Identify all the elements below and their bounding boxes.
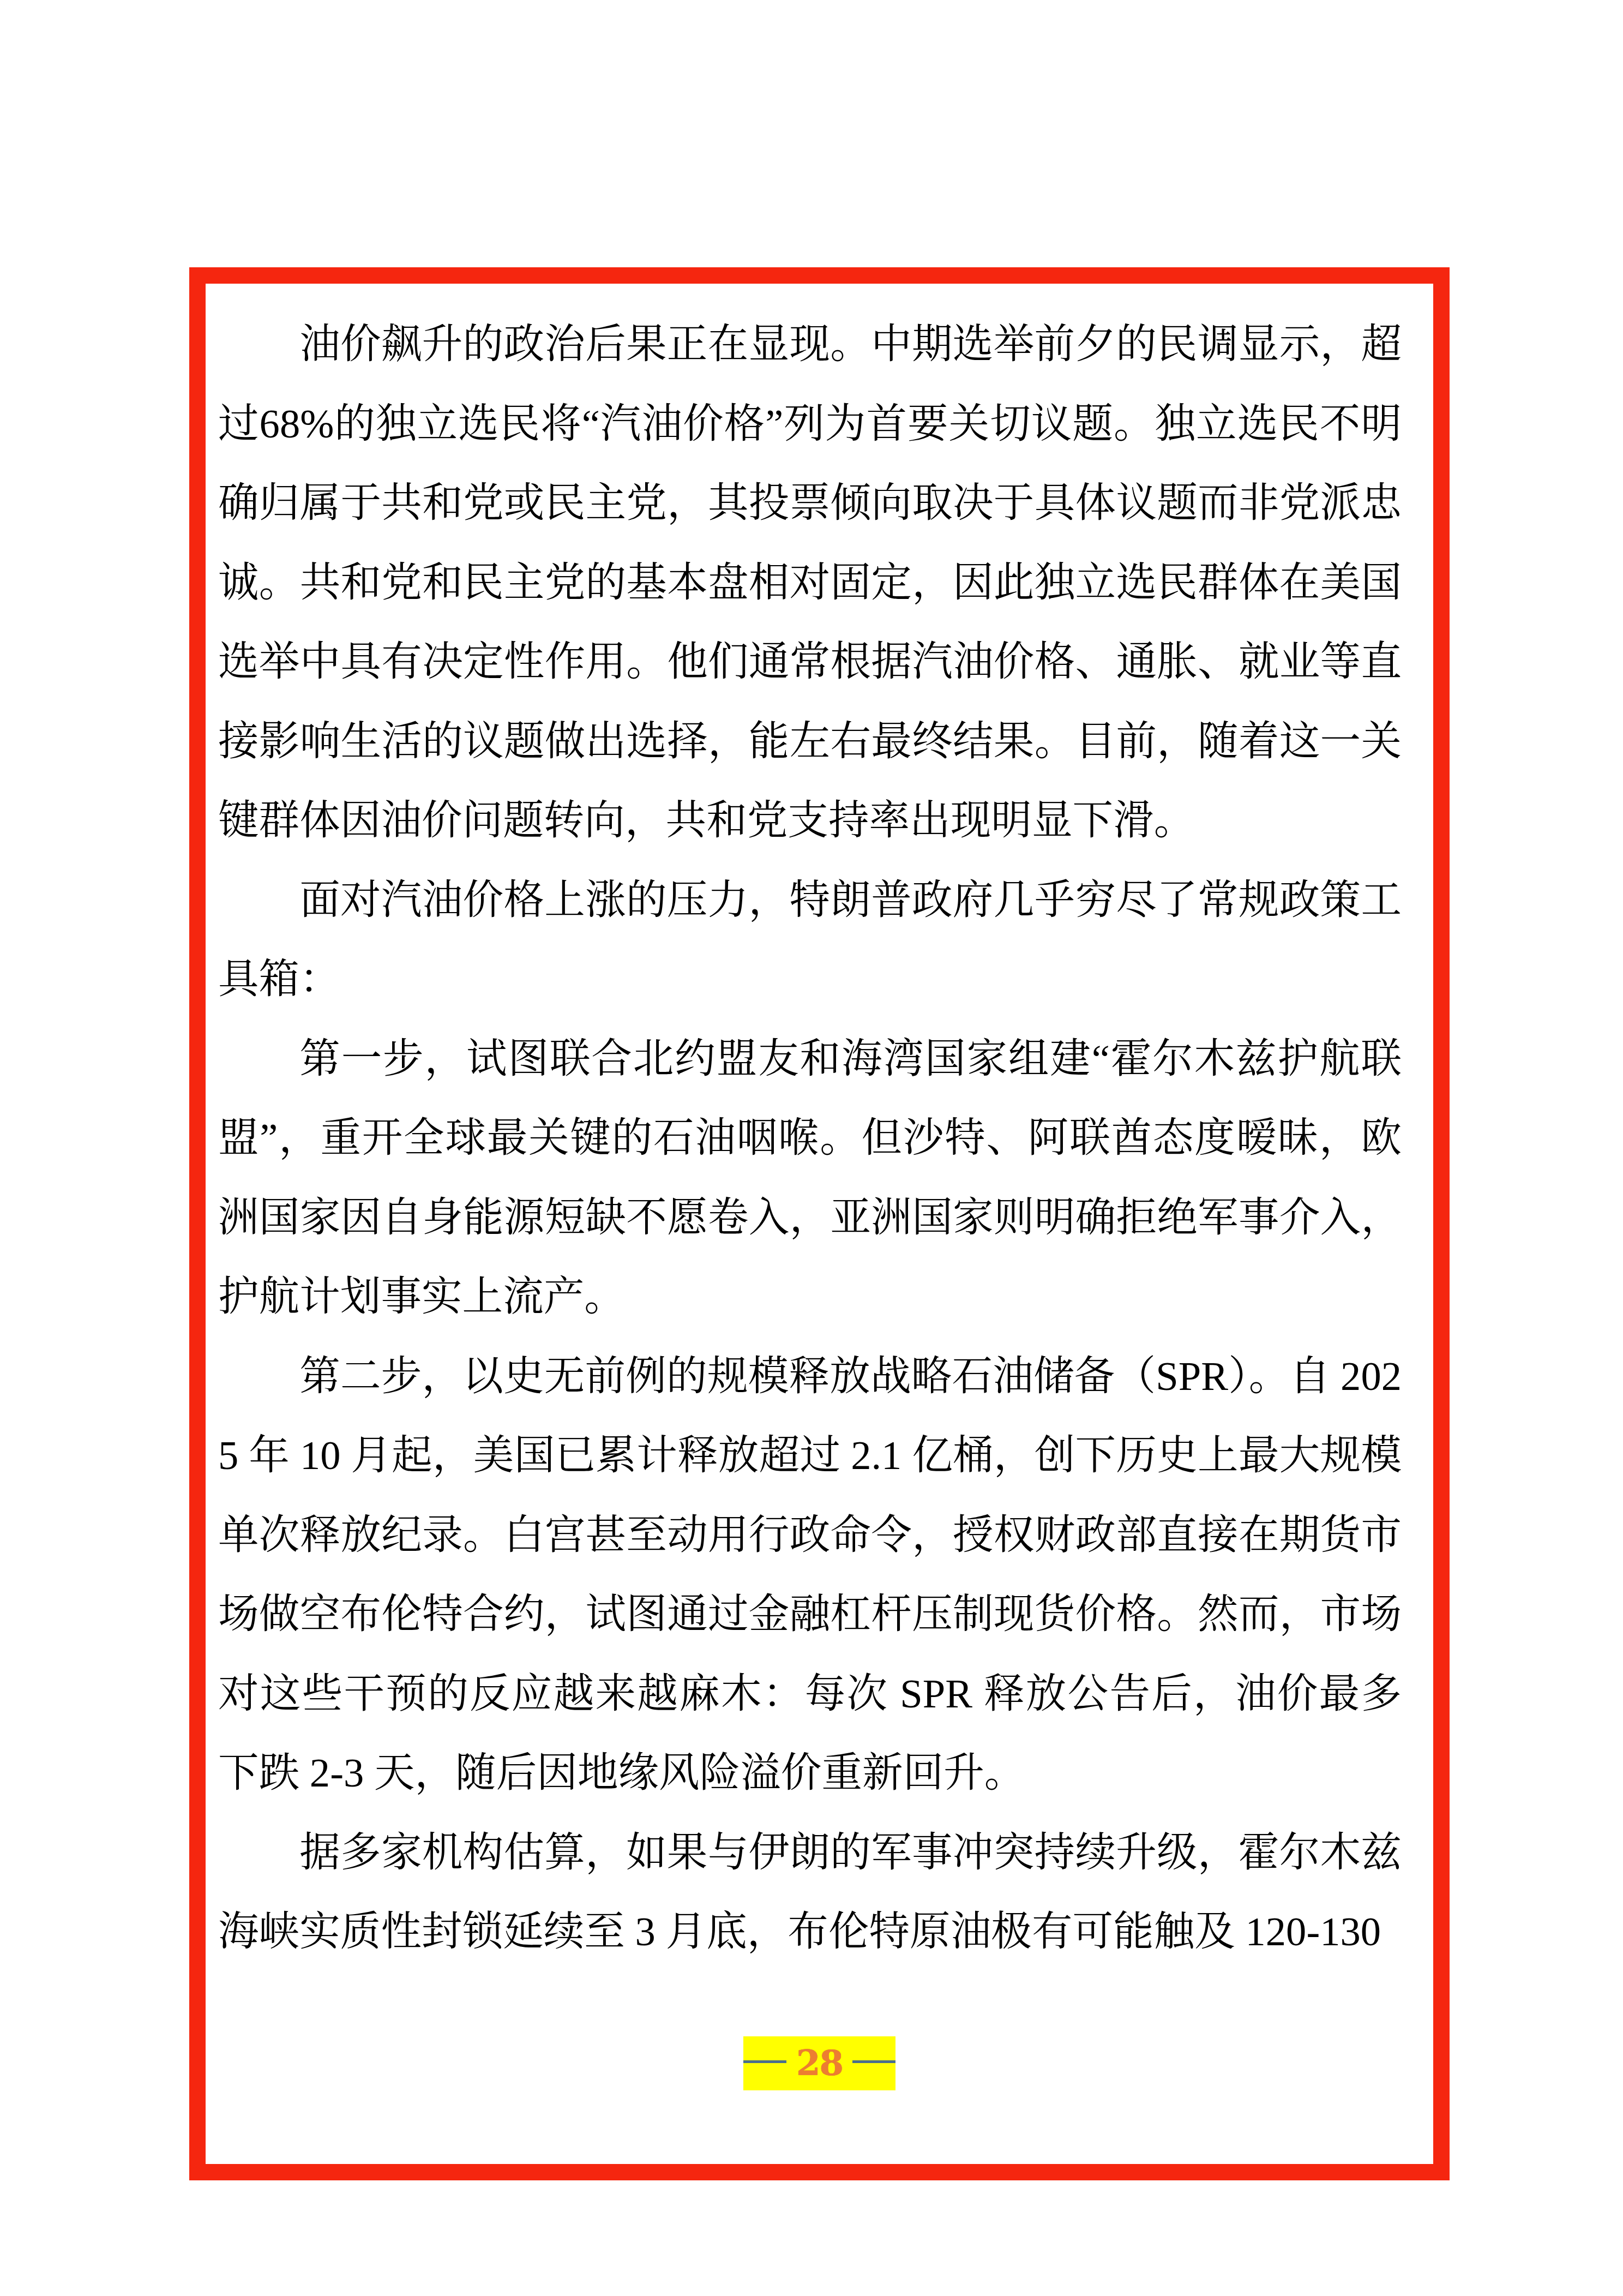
- page-number-right-dash: [852, 2060, 895, 2063]
- paragraph-step-one-escort-coalition: 第一步，试图联合北约盟友和海湾国家组建“霍尔木兹护航联盟”，重开全球最关键的石油…: [218, 1020, 1402, 1338]
- page-number-badge: 28: [743, 2036, 895, 2090]
- paragraph-policy-toolbox-intro: 面对汽油价格上涨的压力，特朗普政府几乎穷尽了常规政策工具箱：: [218, 861, 1402, 1020]
- paragraph-price-estimate: 据多家机构估算，如果与伊朗的军事冲突持续升级，霍尔木兹海峡实质性封锁延续至 3 …: [218, 1814, 1402, 1973]
- page-number: 28: [796, 2046, 843, 2081]
- paragraph-political-consequences: 油价飙升的政治后果正在显现。中期选举前夕的民调显示，超过68%的独立选民将“汽油…: [218, 305, 1402, 861]
- document-body: 油价飙升的政治后果正在显现。中期选举前夕的民调显示，超过68%的独立选民将“汽油…: [218, 305, 1402, 1973]
- paragraph-step-two-spr-release: 第二步，以史无前例的规模释放战略石油储备（SPR）。自 2025 年 10 月起…: [218, 1338, 1402, 1814]
- page-number-left-dash: [743, 2060, 786, 2063]
